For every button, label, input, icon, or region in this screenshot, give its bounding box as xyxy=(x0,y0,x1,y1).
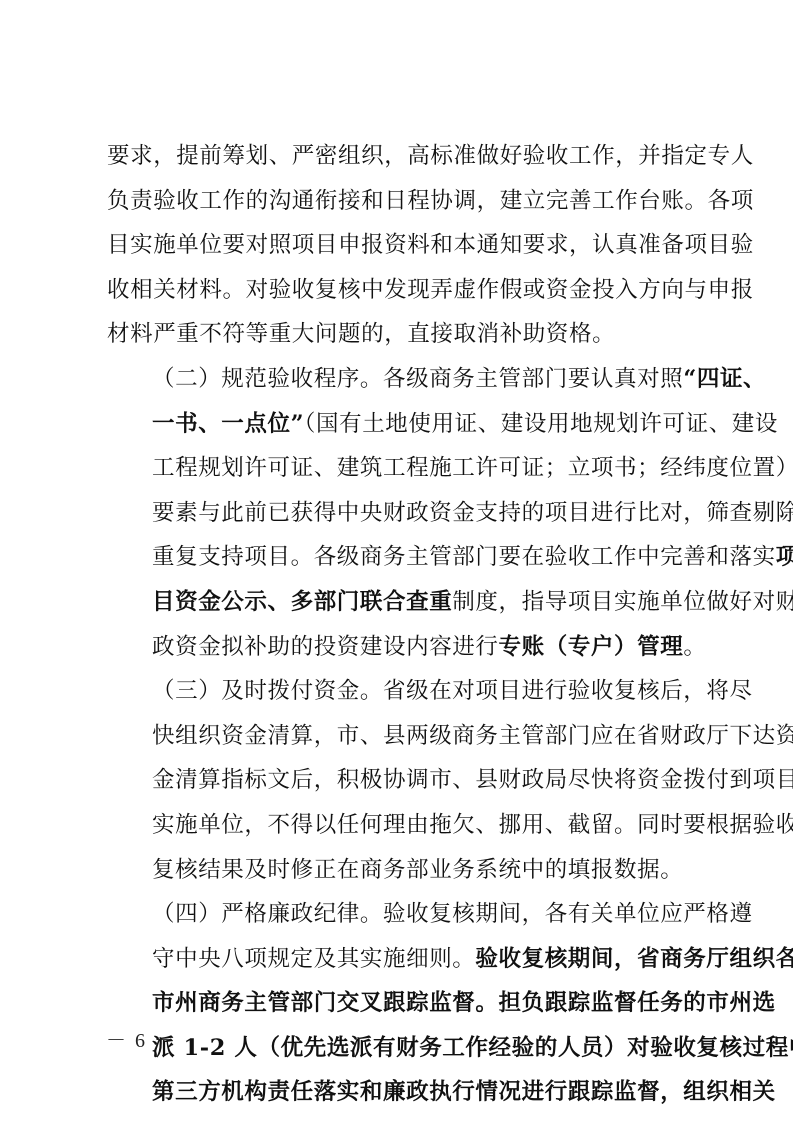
text-line: 要素与此前已获得中央财政资金支持的项目进行比对，筛查剔除 xyxy=(107,491,693,536)
text-line: 材料严重不符等重大问题的，直接取消补助资格。 xyxy=(107,312,693,357)
text-line: 重复支持项目。各级商务主管部门要在验收工作中完善和落实项 xyxy=(107,535,693,580)
paragraph-p-continued: 要求，提前筹划、严密组织，高标准做好验收工作，并指定专人负责验收工作的沟通衔接和… xyxy=(107,134,693,357)
text-line: 一书、一点位”（国有土地使用证、建设用地规划许可证、建设 xyxy=(107,402,693,447)
text-line: 收相关材料。对验收复核中发现弄虚作假或资金投入方向与申报 xyxy=(107,268,693,313)
bold-text-run: 一书、一点位” xyxy=(152,411,304,437)
text-line: 政资金拟补助的投资建设内容进行专账（专户）管理。 xyxy=(107,625,693,670)
text-run: 要素与此前已获得中央财政资金支持的项目进行比对，筛查剔除 xyxy=(152,500,793,526)
text-line: 快组织资金清算，市、县两级商务主管部门应在省财政厅下达资 xyxy=(107,714,693,759)
text-line: 工程规划许可证、建筑工程施工许可证；立项书；经纬度位置） xyxy=(107,446,693,491)
bold-text-run: 验收复核期间，省商务厅组织各 xyxy=(475,946,793,972)
page-number: － 6 － xyxy=(106,1024,176,1053)
text-line: （二）规范验收程序。各级商务主管部门要认真对照“四证、 xyxy=(107,357,693,402)
text-run: 。 xyxy=(683,634,706,660)
text-line: 要求，提前筹划、严密组织，高标准做好验收工作，并指定专人 xyxy=(107,134,693,179)
bold-text-run: 项 xyxy=(776,544,793,570)
text-run: 工程规划许可证、建筑工程施工许可证；立项书；经纬度位置） xyxy=(152,455,793,481)
text-run: 守中央八项规定及其实施细则。 xyxy=(152,946,475,972)
text-line: 实施单位，不得以任何理由拖欠、挪用、截留。同时要根据验收 xyxy=(107,803,693,848)
text-line: 派 1-2 人（优先选派有财务工作经验的人员）对验收复核过程中 xyxy=(107,1026,693,1071)
text-line: 目实施单位要对照项目申报资料和本通知要求，认真准备项目验 xyxy=(107,223,693,268)
text-line: 负责验收工作的沟通衔接和日程协调，建立完善工作台账。各项 xyxy=(107,179,693,224)
bold-text-run: 派 1-2 人（优先选派有财务工作经验的人员）对验收复核过程中 xyxy=(152,1035,793,1061)
bold-text-run: 目资金公示、多部门联合查重 xyxy=(152,589,452,615)
text-line: 守中央八项规定及其实施细则。验收复核期间，省商务厅组织各 xyxy=(107,937,693,982)
paragraph-p-3: （三）及时拨付资金。省级在对项目进行验收复核后，将尽快组织资金清算，市、县两级商… xyxy=(107,669,693,892)
text-line: 市州商务主管部门交叉跟踪监督。担负跟踪监督任务的市州选 xyxy=(107,981,693,1026)
text-run: 快组织资金清算，市、县两级商务主管部门应在省财政厅下达资 xyxy=(152,723,793,749)
text-run: （三）及时拨付资金。省级在对项目进行验收复核后，将尽 xyxy=(152,678,753,704)
text-run: （国有土地使用证、建设用地规划许可证、建设 xyxy=(304,411,778,437)
text-line: 金清算指标文后，积极协调市、县财政局尽快将资金拨付到项目 xyxy=(107,758,693,803)
paragraph-p-4: （四）严格廉政纪律。验收复核期间，各有关单位应严格遵守中央八项规定及其实施细则。… xyxy=(107,892,693,1115)
text-run: 目实施单位要对照项目申报资料和本通知要求，认真准备项目验 xyxy=(107,232,754,258)
text-run: 制度，指导项目实施单位做好对财 xyxy=(452,589,793,615)
text-run: 复核结果及时修正在商务部业务系统中的填报数据。 xyxy=(152,857,683,883)
text-run: （二）规范验收程序。各级商务主管部门要认真对照 xyxy=(152,366,683,392)
text-run: 实施单位，不得以任何理由拖欠、挪用、截留。同时要根据验收 xyxy=(152,812,793,838)
text-line: （四）严格廉政纪律。验收复核期间，各有关单位应严格遵 xyxy=(107,892,693,937)
text-line: 复核结果及时修正在商务部业务系统中的填报数据。 xyxy=(107,848,693,893)
bold-text-run: 市州商务主管部门交叉跟踪监督。担负跟踪监督任务的市州选 xyxy=(152,990,776,1016)
bold-text-run: 专账（专户）管理 xyxy=(499,634,684,660)
document-body: 要求，提前筹划、严密组织，高标准做好验收工作，并指定专人负责验收工作的沟通衔接和… xyxy=(107,134,693,1115)
text-run: 金清算指标文后，积极协调市、县财政局尽快将资金拨付到项目 xyxy=(152,767,793,793)
text-line: 第三方机构责任落实和廉政执行情况进行跟踪监督，组织相关 xyxy=(107,1070,693,1115)
text-run: 政资金拟补助的投资建设内容进行 xyxy=(152,634,499,660)
paragraph-p-2: （二）规范验收程序。各级商务主管部门要认真对照“四证、一书、一点位”（国有土地使… xyxy=(107,357,693,669)
text-line: 目资金公示、多部门联合查重制度，指导项目实施单位做好对财 xyxy=(107,580,693,625)
text-line: （三）及时拨付资金。省级在对项目进行验收复核后，将尽 xyxy=(107,669,693,714)
text-run: （四）严格廉政纪律。验收复核期间，各有关单位应严格遵 xyxy=(152,901,753,927)
bold-text-run: 第三方机构责任落实和廉政执行情况进行跟踪监督，组织相关 xyxy=(152,1079,776,1105)
text-run: 重复支持项目。各级商务主管部门要在验收工作中完善和落实 xyxy=(152,544,776,570)
text-run: 负责验收工作的沟通衔接和日程协调，建立完善工作台账。各项 xyxy=(107,188,754,214)
text-run: 收相关材料。对验收复核中发现弄虚作假或资金投入方向与申报 xyxy=(107,277,754,303)
text-run: 要求，提前筹划、严密组织，高标准做好验收工作，并指定专人 xyxy=(107,143,754,169)
bold-text-run: “四证、 xyxy=(683,366,766,392)
text-run: 材料严重不符等重大问题的，直接取消补助资格。 xyxy=(107,321,615,347)
document-page: 要求，提前筹划、严密组织，高标准做好验收工作，并指定专人负责验收工作的沟通衔接和… xyxy=(0,0,793,1122)
